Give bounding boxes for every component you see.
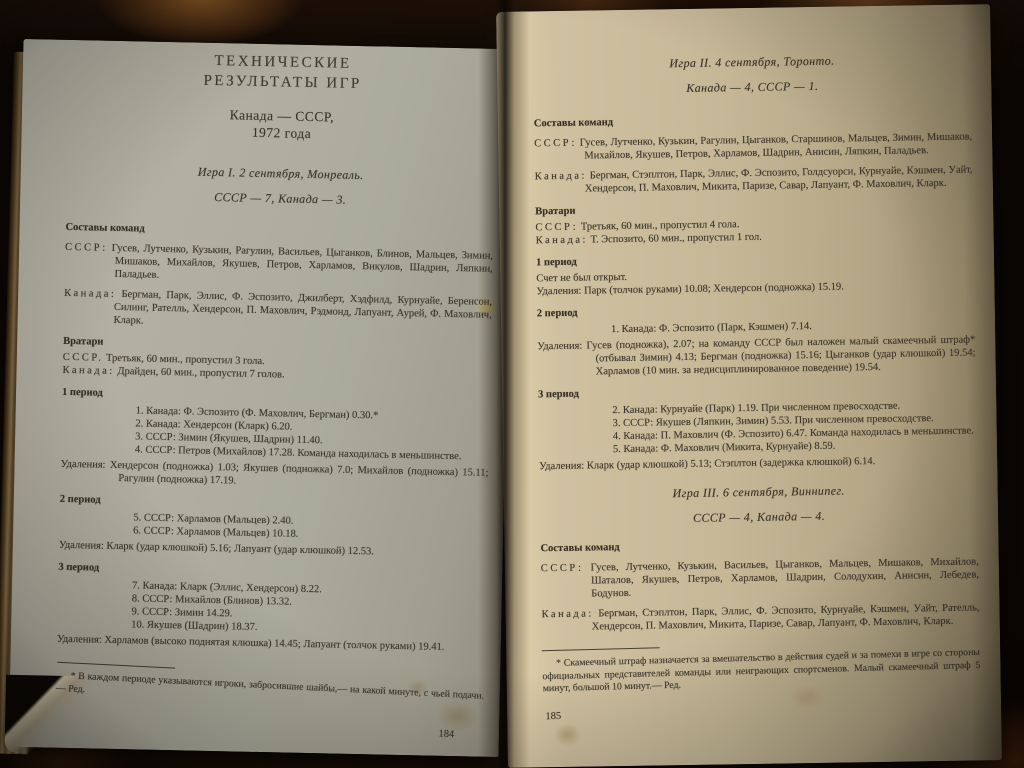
penalties-label: Удаления: [60,459,105,471]
penalties-label: Удаления: [537,341,582,353]
canada-roster-text: Бергман, Стэплтон, Парк, Эллис, Ф. Эспоз… [585,164,973,194]
right-footnote: * Скамеечный штраф назначается за вмешат… [542,647,981,696]
canada-roster-text: Бергман, Парк, Эллис, Ф. Эспозито, Джилб… [113,289,492,326]
right-page: Игра II. 4 сентября, Торонто. Канада — 4… [496,4,1002,768]
ussr-roster: СССР: Гусев, Лутченко, Кузькин, Васильев… [541,555,980,601]
ussr-roster-text: Гусев, Лутченко, Кузькин, Васильев, Цыга… [591,556,980,599]
ussr-label: СССР: [534,138,577,150]
rosters-heading: Составы команд [65,221,493,243]
ussr-roster: СССР: Гусев, Лутченко, Кузькин, Рагулин,… [64,241,493,289]
period1-goals: 1. Канада: Ф. Эспозито (Ф. Маховлич, Бер… [61,403,490,464]
ussr-label: СССР: [541,563,584,575]
goalie-ussr-label: СССР: [535,222,578,234]
period1-penalties-text: Парк (толчок руками) 10.08; Хендерсон (п… [584,281,844,296]
period3-heading: 3 период [538,381,976,401]
goalie-canada-label: Канада: [536,235,588,247]
right-footnote-block: * Скамеечный штраф назначается за вмешат… [542,639,982,723]
goalie-canada-label: Канада: [62,365,114,377]
ussr-roster-text: Гусев, Лутченко, Кузькин, Рагулин, Васил… [112,243,494,281]
period3-penalties-text: Харламов (высоко поднятая клюшка) 14.45;… [104,635,444,653]
goalie-ussr-label: СССР. [63,352,104,364]
canada-label: Канада: [64,288,116,300]
period1-penalties: Удаления: Хендерсон (подножка) 1.03; Яку… [60,458,488,493]
penalties-label: Удаления: [536,286,581,298]
right-page-text: Игра II. 4 сентября, Торонто. Канада — 4… [533,46,981,722]
canada-roster: Канада: Бергман, Стэплтон, Парк, Эллис, … [541,601,979,634]
canada-roster: Канада: Бергман, Стэплтон, Парк, Эллис, … [535,163,973,196]
canada-roster-text: Бергман, Стэплтон, Парк, Эллис, Ф. Эспоз… [592,602,980,632]
left-footnote: * В каждом периоде указываются игроки, з… [56,670,485,716]
ussr-label: СССР: [65,242,108,254]
goalie-canada-text: Т. Эспозито, 60 мин., пропустил 1 гол. [590,232,761,246]
period3-goals: 2. Канада: Курнуайе (Парк) 1.19. При чис… [538,398,977,457]
period2-penalties-text: Гусев (подножка), 2.07; на команду СССР … [586,334,975,377]
footnote-rule [57,662,175,669]
penalties-label: Удаления: [59,540,104,552]
period3-penalties: Удаления: Кларк (удар клюшкой) 5.13; Стэ… [539,453,977,473]
penalties-label: Удаления: [539,461,584,473]
period2-penalties-text: Кларк (удар клюшкой) 5.16; Лапуант (удар… [106,541,374,558]
period2-penalties: Удаления: Гусев (подножка), 2.07; на ком… [537,333,976,379]
book-photo: ТЕХНИЧЕСКИЕ РЕЗУЛЬТАТЫ ИГР Канада — СССР… [0,0,1024,768]
left-footnote-block: * В каждом периоде указываются игроки, з… [54,662,484,743]
left-page: ТЕХНИЧЕСКИЕ РЕЗУЛЬТАТЫ ИГР Канада — СССР… [9,39,514,757]
goalie-canada-text: Драйден, 60 мин., пропустил 7 голов. [117,366,284,381]
rosters-heading: Составы команд [534,110,972,130]
period3-penalties-text: Кларк (удар клюшкой) 5.13; Стэплтон (зад… [587,456,876,472]
left-page-text: ТЕХНИЧЕСКИЕ РЕЗУЛЬТАТЫ ИГР Канада — СССР… [55,44,497,731]
canada-label: Канада: [535,171,587,183]
canada-roster: Канада: Бергман, Парк, Эллис, Ф. Эспозит… [63,287,492,335]
penalties-label: Удаления: [57,634,102,646]
rosters-heading: Составы команд [540,535,978,555]
right-page-number: 185 [543,698,981,722]
period1-penalties-text: Хендерсон (подножка) 1.03; Якушев (подно… [110,460,489,487]
book-gutter-shadow [478,0,530,768]
ussr-roster: СССР: Гусев, Лутченко, Кузькин, Рагулин,… [534,130,972,163]
period2-heading: 2 период [537,300,975,320]
ussr-roster-text: Гусев, Лутченко, Кузькин, Рагулин, Цыган… [580,131,973,161]
period3-goals: 7. Канада: Кларк (Эллис, Хендерсон) 8.22… [57,578,486,639]
footnote-rule [542,647,660,651]
left-page-number: 184 [54,709,482,743]
canada-label: Канада: [541,608,593,620]
